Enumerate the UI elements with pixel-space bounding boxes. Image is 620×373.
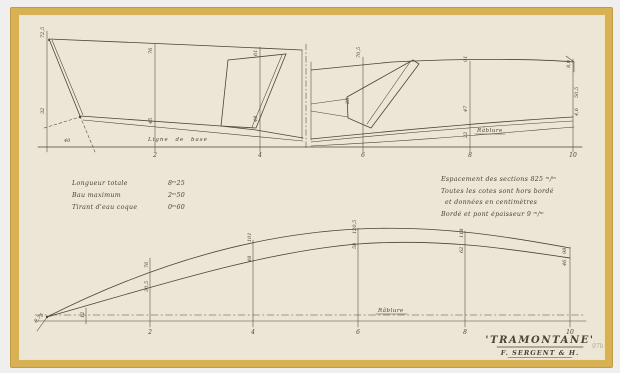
offset-dimension-label: 118: [459, 228, 465, 238]
offset-dimension-label: 46: [562, 259, 568, 267]
bow-dashed-line: [44, 117, 80, 128]
station-number-label: 8: [468, 152, 472, 159]
offset-dimension-label: 40: [63, 138, 71, 144]
station-number-label: 2: [147, 329, 152, 336]
dimension-label: Tirant d'eau coque: [72, 204, 137, 211]
offset-dimension-label: 91: [463, 56, 469, 62]
bow-point-dot: [46, 316, 48, 318]
note-line: Toutes les cotes sont hors bordé: [441, 188, 554, 195]
profile-offset-labels: 72,532407645614870,5289147228,050,54,6: [40, 27, 580, 144]
offset-dimension-label: 48: [247, 256, 253, 263]
offset-dimension-label: 72,5: [40, 27, 46, 38]
plan-station-lines: [86, 228, 570, 327]
boat-name: 'TRAMONTANE': [485, 335, 594, 346]
lines-plan-svg: Ligne de base Râblure 246810 72,53240764…: [0, 0, 620, 373]
rabbet-label-plan: Râblure: [377, 307, 404, 314]
notes-block: Espacement des sections 825 ᵐ/ᵐ Toutes l…: [440, 176, 556, 218]
offset-dimension-label: 22: [463, 132, 469, 139]
offset-dimension-label: 50,5: [574, 87, 580, 98]
offset-dimension-label: 28: [345, 98, 351, 105]
station-number-label: 2: [152, 152, 157, 159]
plan-view: Râblure 246810 0,75127630,510148120,5581…: [33, 220, 586, 336]
station-number-label: 10: [569, 152, 577, 159]
offset-dimension-label: 120,5: [352, 220, 358, 234]
profile-view: Ligne de base Râblure 246810 72,53240764…: [38, 27, 582, 159]
offset-dimension-label: 8,0: [566, 59, 572, 68]
offset-dimension-label: 70,5: [356, 47, 362, 58]
sheer-line-forward: [49, 39, 302, 50]
title-block: 'TRAMONTANE' F. SERGENT & H. 97b: [485, 335, 603, 358]
scanned-plan-photo: Ligne de base Râblure 246810 72,53240764…: [0, 0, 620, 373]
dimension-label: Longueur totale: [71, 180, 128, 187]
offset-dimension-label: 4,6: [574, 107, 580, 117]
sheer-line-aft: [311, 59, 574, 70]
station-number-label: 4: [257, 152, 262, 159]
stem-line: [49, 39, 80, 116]
baseline-label: Ligne de base: [147, 137, 208, 143]
garboard-strip-bottom: [311, 111, 348, 117]
keel-line-aft-inner: [311, 121, 573, 142]
keel-line-aft: [311, 117, 573, 139]
note-line: et données en centimètres: [445, 199, 538, 206]
principal-dimensions-block: Longueur totale 8ᵐ25 Bau maximum 2ᵐ50 Ti…: [71, 180, 185, 211]
offset-dimension-label: 48: [253, 116, 259, 123]
station-number-label: 6: [361, 152, 365, 159]
note-line: Bordé et pont épaisseur 9 ᵐ/ᵐ: [440, 211, 544, 218]
plan-offset-labels: 0,75127630,510148120,558118629846: [33, 220, 568, 325]
station-number-label: 6: [356, 329, 360, 336]
rabbet-curve-plan: [47, 242, 570, 317]
offset-dimension-label: 58: [352, 243, 358, 249]
offset-dimension-label: 47: [463, 105, 469, 113]
dimension-value: 2ᵐ50: [167, 192, 185, 199]
pencil-mark: 97b: [592, 343, 604, 350]
offset-dimension-label: 30,5: [144, 281, 150, 292]
deck-outline-curve: [47, 228, 570, 317]
offset-dimension-label: 62: [459, 247, 465, 253]
station-number-label: 8: [463, 329, 467, 336]
offset-dimension-label: 101: [247, 232, 253, 242]
stem-line-inner: [52, 40, 83, 115]
offset-dimension-label: 98: [562, 248, 568, 254]
offset-dimension-label: 45: [148, 118, 154, 125]
profile-station-labels: 246810: [152, 152, 577, 159]
garboard-strip-top: [311, 99, 347, 104]
offset-dimension-label: 76: [144, 261, 150, 268]
designer-name: F. SERGENT & H.: [500, 349, 580, 357]
rabbet-label-profile: Râblure: [476, 127, 503, 134]
note-line: Espacement des sections 825 ᵐ/ᵐ: [440, 176, 556, 183]
station-number-label: 4: [250, 329, 255, 336]
offset-dimension-label: 32: [40, 108, 46, 114]
dimension-value: 0ᵐ60: [168, 204, 185, 211]
offset-dimension-label: 61: [253, 50, 259, 56]
offset-dimension-label: 12: [80, 312, 86, 318]
aft-plank-panel: [347, 60, 419, 128]
dimension-value: 8ᵐ25: [168, 180, 185, 187]
aft-panel-double-edge: [367, 62, 410, 124]
keel-line-forward: [80, 116, 303, 138]
profile-station-lines: [155, 44, 573, 152]
dimension-label: Bau maximum: [71, 192, 121, 199]
offset-dimension-label: 76: [148, 47, 154, 54]
